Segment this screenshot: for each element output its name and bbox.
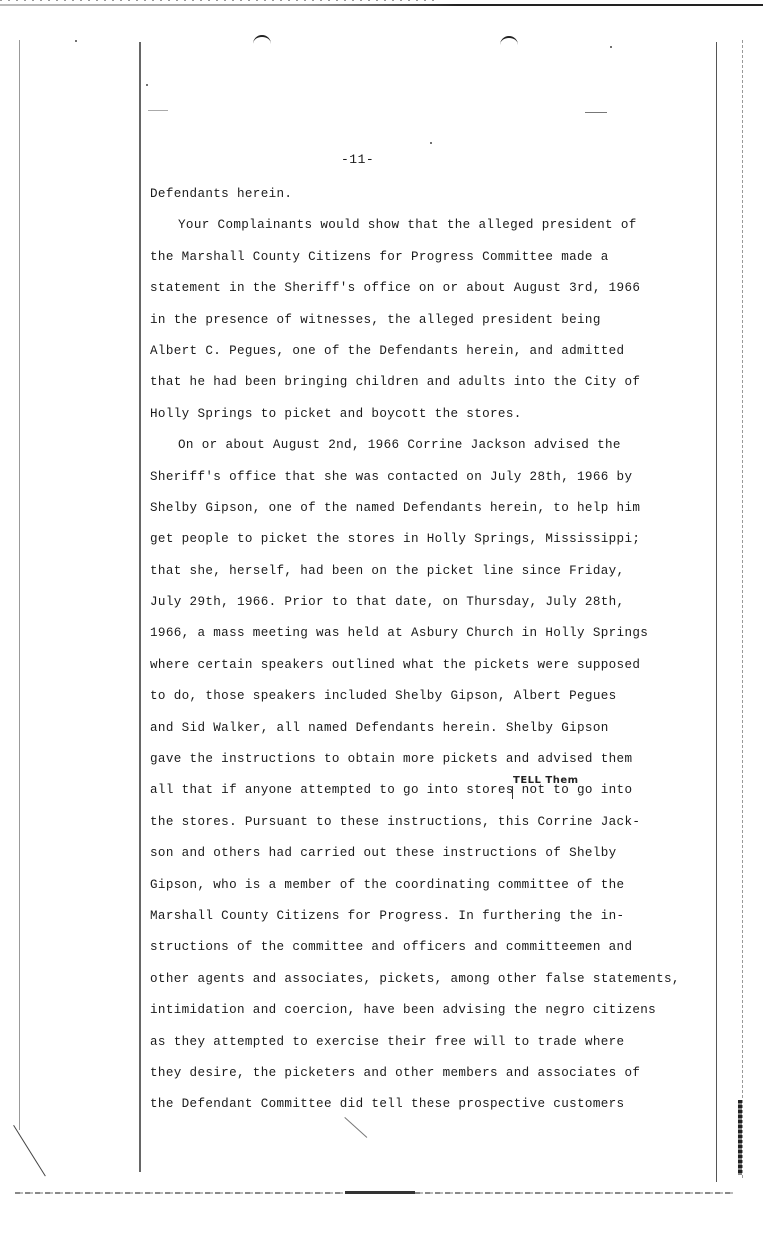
text-line: son and others had carried out these ins… xyxy=(150,838,710,869)
speck xyxy=(610,46,612,48)
bottom-edge-rule xyxy=(15,1192,735,1194)
text-line: where certain speakers outlined what the… xyxy=(150,650,710,681)
text-line: they desire, the picketers and other mem… xyxy=(150,1058,710,1089)
text-line: July 29th, 1966. Prior to that date, on … xyxy=(150,587,710,618)
text-line: other agents and associates, pickets, am… xyxy=(150,964,710,995)
scan-artifact xyxy=(148,110,168,111)
text-line: the stores. Pursuant to these instructio… xyxy=(150,807,710,838)
document-body: Defendants herein.Your Complainants woul… xyxy=(150,179,710,1121)
text-line: and Sid Walker, all named Defendants her… xyxy=(150,713,710,744)
right-outer-margin-line xyxy=(742,40,743,1180)
text-line: all that if anyone attempted to go into … xyxy=(150,775,710,806)
text-line: gave the instructions to obtain more pic… xyxy=(150,744,710,775)
speck xyxy=(146,84,148,86)
text-line: statement in the Sheriff's office on or … xyxy=(150,273,710,304)
text-line: intimidation and coercion, have been adv… xyxy=(150,995,710,1026)
speck xyxy=(430,142,432,144)
insertion-caret-mark xyxy=(512,786,513,799)
left-inner-margin-line xyxy=(139,42,141,1172)
staple-mark-left xyxy=(253,35,271,47)
handwritten-insertion: TELL Them xyxy=(513,775,579,786)
text-line: Albert C. Pegues, one of the Defendants … xyxy=(150,336,710,367)
text-line: as they attempted to exercise their free… xyxy=(150,1027,710,1058)
right-inner-margin-line xyxy=(716,42,717,1182)
text-line: to do, those speakers included Shelby Gi… xyxy=(150,681,710,712)
text-line: get people to picket the stores in Holly… xyxy=(150,524,710,555)
text-line: On or about August 2nd, 1966 Corrine Jac… xyxy=(150,430,710,461)
text-line: that he had been bringing children and a… xyxy=(150,367,710,398)
text-line: Holly Springs to picket and boycott the … xyxy=(150,399,710,430)
text-line: Sheriff's office that she was contacted … xyxy=(150,462,710,493)
right-edge-smudge xyxy=(738,1100,742,1175)
text-line: that she, herself, had been on the picke… xyxy=(150,556,710,587)
scan-artifact xyxy=(585,112,607,113)
speck xyxy=(75,40,77,42)
text-line: Gipson, who is a member of the coordinat… xyxy=(150,870,710,901)
text-line: Your Complainants would show that the al… xyxy=(150,210,710,241)
staple-mark-right xyxy=(500,36,518,48)
top-edge-rule xyxy=(0,4,763,6)
text-line: the Defendant Committee did tell these p… xyxy=(150,1089,710,1120)
text-line: the Marshall County Citizens for Progres… xyxy=(150,242,710,273)
text-line: structions of the committee and officers… xyxy=(150,932,710,963)
text-line: Shelby Gipson, one of the named Defendan… xyxy=(150,493,710,524)
text-line: Marshall County Citizens for Progress. I… xyxy=(150,901,710,932)
text-line: Defendants herein. xyxy=(150,179,710,210)
text-line: 1966, a mass meeting was held at Asbury … xyxy=(150,618,710,649)
top-edge-dots xyxy=(0,0,440,1)
left-outer-margin-line xyxy=(19,40,20,1130)
page-number: -11- xyxy=(341,152,374,167)
text-line: in the presence of witnesses, the allege… xyxy=(150,305,710,336)
left-edge-diagonal-mark xyxy=(13,1125,46,1176)
